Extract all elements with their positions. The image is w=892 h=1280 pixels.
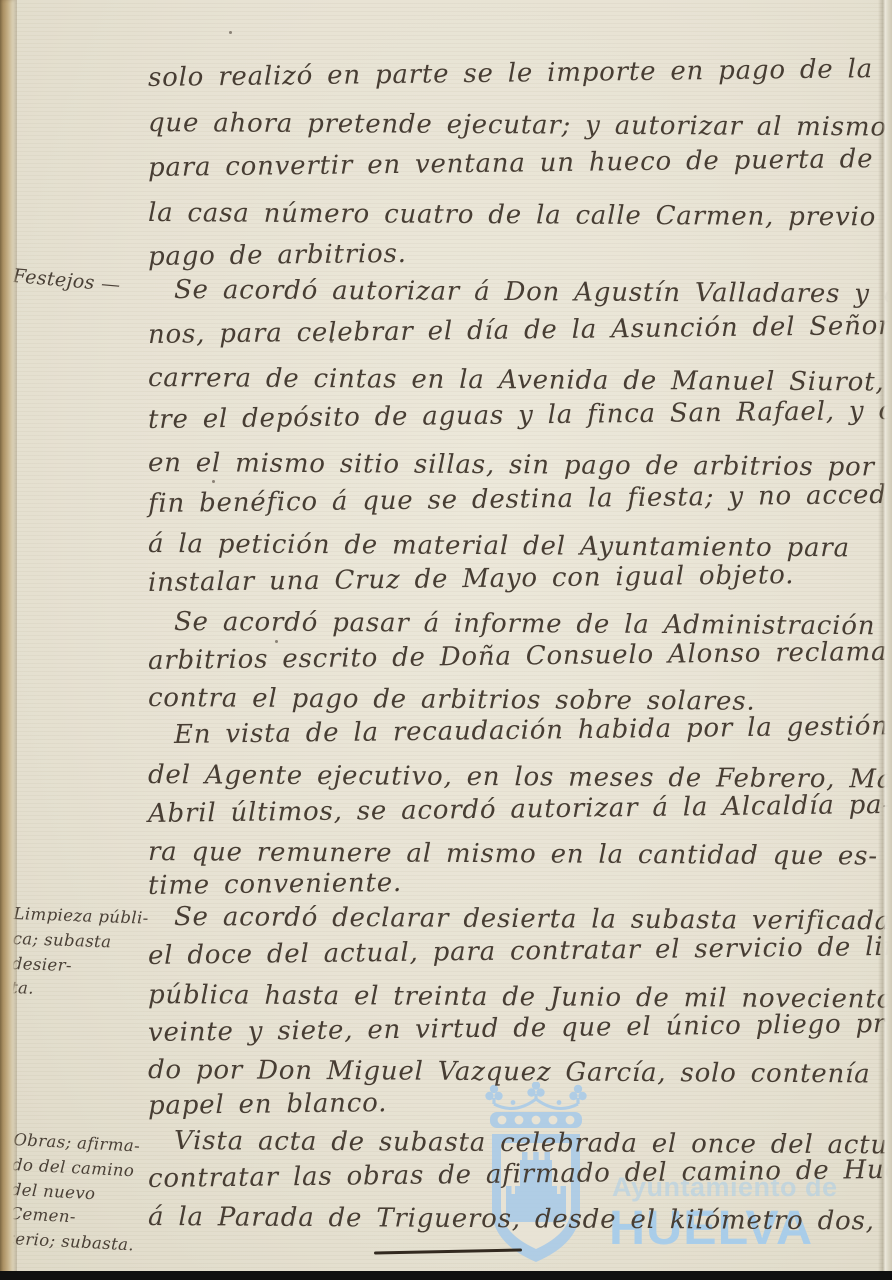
- ink-speck: [275, 640, 278, 643]
- manuscript-line: nos, para celebrar el día de la Asunción…: [148, 306, 888, 355]
- manuscript-line: solo realizó en parte se le importe en p…: [148, 49, 888, 98]
- manuscript-line: En vista de la recaudación habida por la…: [174, 706, 892, 755]
- book-binding-edge: [0, 0, 17, 1280]
- manuscript-line: tre el depósito de aguas y la finca San …: [148, 391, 888, 440]
- scan-bottom-bar: [0, 1271, 892, 1280]
- manuscript-line: á la Parada de Trigueros, desde el kilóm…: [148, 1197, 888, 1242]
- ink-speck: [330, 340, 333, 343]
- manuscript-line: Abril últimos, se acordó autorizar á la …: [148, 785, 888, 834]
- manuscript-line: contratar las obras de afirmado del cami…: [148, 1150, 888, 1199]
- page-right-edge: [878, 0, 892, 1280]
- manuscript-page: Ayuntamiento de HUELVA solo realizó en p…: [0, 0, 892, 1280]
- handwriting-layer: solo realizó en parte se le importe en p…: [0, 0, 892, 1280]
- manuscript-line: veinte y siete, en virtud de que el únic…: [148, 1004, 888, 1053]
- manuscript-line: arbitrios escrito de Doña Consuelo Alons…: [148, 632, 888, 681]
- manuscript-line: instalar una Cruz de Mayo con igual obje…: [148, 554, 888, 603]
- ink-speck: [229, 31, 232, 34]
- ink-speck: [212, 480, 215, 483]
- manuscript-line: para convertir en ventana un hueco de pu…: [148, 139, 888, 188]
- manuscript-line: el doce del actual, para contratar el se…: [148, 927, 888, 976]
- manuscript-line: papel en blanco.: [148, 1077, 888, 1126]
- manuscript-line: fin benéfico á que se destina la fiesta;…: [148, 475, 888, 524]
